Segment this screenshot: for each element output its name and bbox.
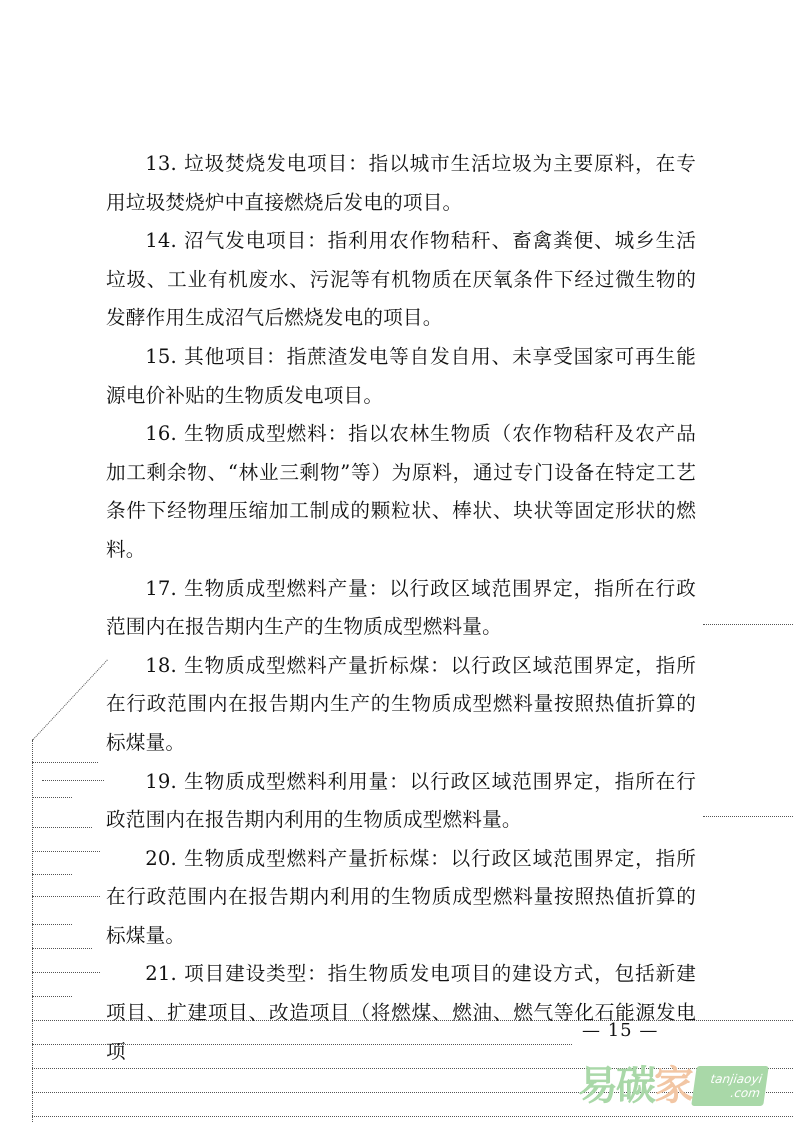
dotted-guide [32, 996, 72, 997]
dotted-guide [703, 624, 793, 625]
dotted-guide [32, 762, 98, 763]
dotted-guide [42, 780, 104, 781]
paragraph-13: 13. 垃圾焚烧发电项目：指以城市生活垃圾为主要原料，在专用垃圾焚烧炉中直接燃烧… [106, 145, 696, 222]
dotted-guide [32, 827, 92, 828]
paragraph-20: 20. 生物质成型燃料产量折标煤：以行政区域范围界定，指所在行政范围内在报告期内… [106, 840, 696, 956]
dotted-guide [32, 972, 100, 973]
dotted-guide [32, 948, 92, 949]
paragraph-19: 19. 生物质成型燃料利用量：以行政区域范围界定，指所在行政范围内在报告期内利用… [106, 763, 696, 840]
watermark-domain: tanjiaoyi [710, 1072, 763, 1086]
paragraph-15: 15. 其他项目：指蔗渣发电等自发自用、未享受国家可再生能源电价补贴的生物质发电… [106, 338, 696, 415]
page-number: — 15 — [582, 1020, 658, 1041]
paragraph-18: 18. 生物质成型燃料产量折标煤：以行政区域范围界定，指所在行政范围内在报告期内… [106, 647, 696, 763]
dotted-guide-diagonal [32, 660, 108, 741]
document-body: 13. 垃圾焚烧发电项目：指以城市生活垃圾为主要原料，在专用垃圾焚烧炉中直接燃烧… [106, 145, 696, 1071]
dotted-guide [32, 924, 72, 925]
watermark-char: 碳 [616, 1058, 654, 1114]
watermark-logo: 易 碳 家 tanjiaoyi .com [578, 1058, 790, 1114]
paragraph-17: 17. 生物质成型燃料产量：以行政区域范围界定，指所在行政范围内在报告期内生产的… [106, 570, 696, 647]
paragraph-21: 21. 项目建设类型：指生物质发电项目的建设方式，包括新建项目、扩建项目、改造项… [106, 955, 696, 1071]
paragraph-16: 16. 生物质成型燃料：指以农林生物质（农作物秸秆及农产品加工剩余物、“林业三剩… [106, 415, 696, 569]
dotted-guide [32, 797, 72, 798]
watermark-badge: tanjiaoyi .com [691, 1066, 769, 1106]
dotted-guide [32, 1116, 793, 1117]
dotted-guide-left [32, 740, 33, 1122]
paragraph-14: 14. 沼气发电项目：指利用农作物秸秆、畜禽粪便、城乡生活垃圾、工业有机废水、污… [106, 222, 696, 338]
dotted-guide [32, 896, 100, 897]
watermark-tld: .com [730, 1086, 761, 1100]
dotted-guide [32, 874, 72, 875]
dotted-guide [32, 851, 100, 852]
document-page: 13. 垃圾焚烧发电项目：指以城市生活垃圾为主要原料，在专用垃圾焚烧炉中直接燃烧… [0, 0, 793, 1122]
watermark-char: 家 [654, 1058, 692, 1114]
watermark-char: 易 [578, 1058, 616, 1114]
dotted-guide [703, 816, 793, 817]
